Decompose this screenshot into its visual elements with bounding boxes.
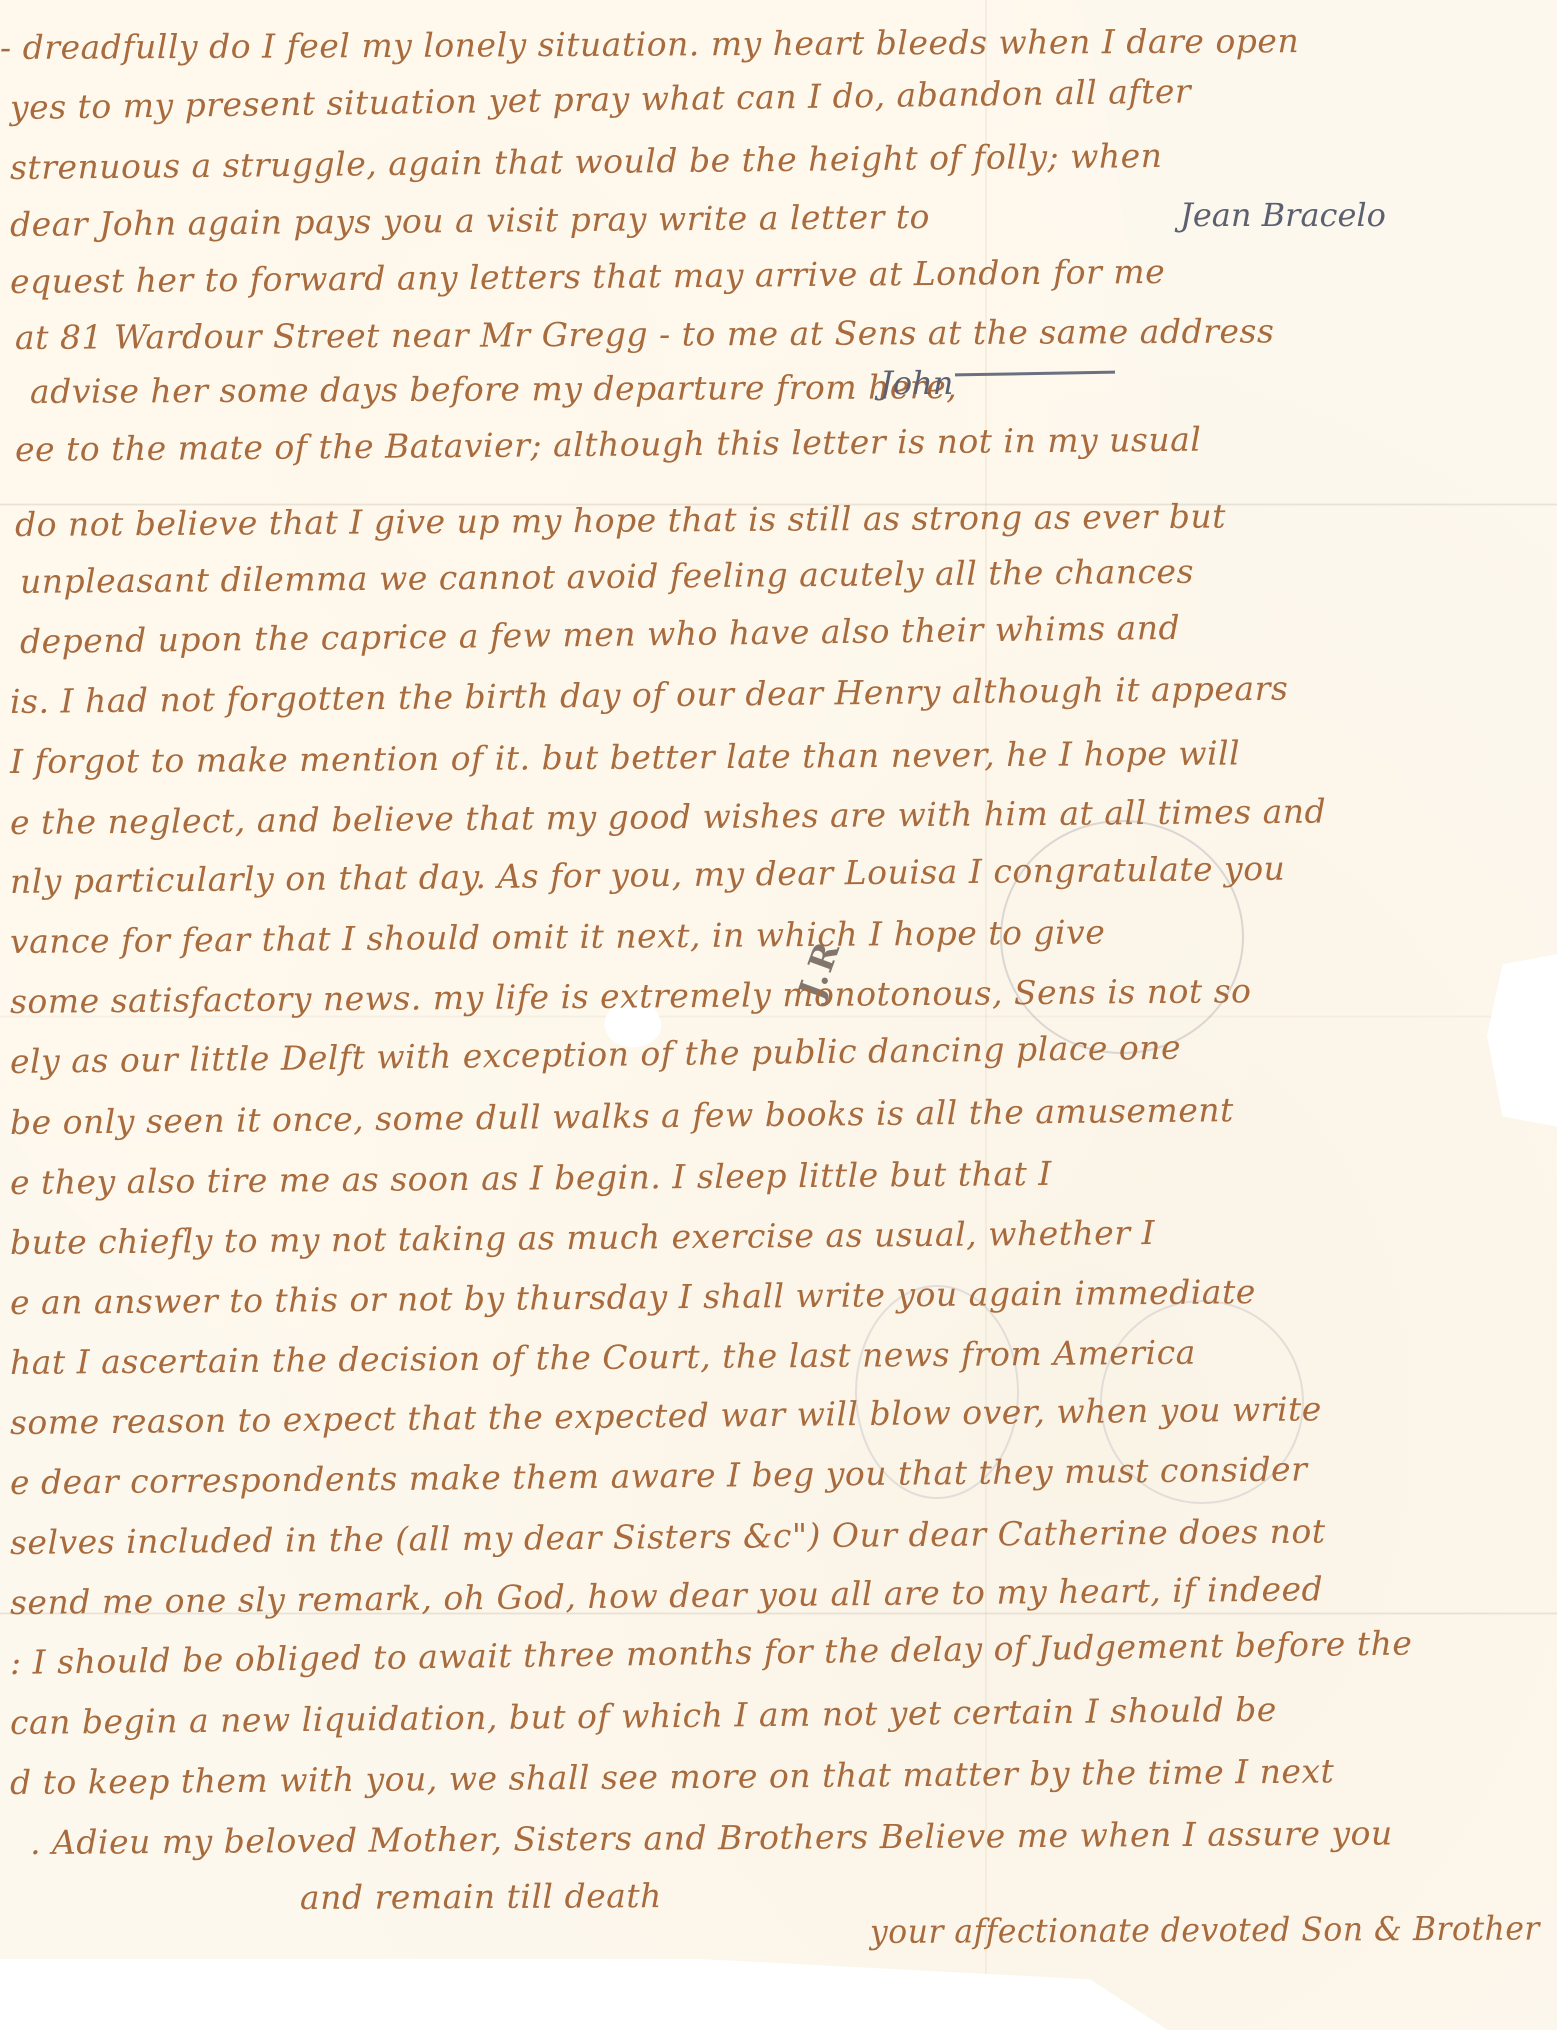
letter-line: bute chiefly to my not taking as much ex… [10, 1213, 1155, 1262]
pencil-name-annotation: Jean Bracelo [1180, 196, 1386, 234]
letter-line: e they also tire me as soon as I begin. … [10, 1154, 1052, 1202]
letter-line: ee to the mate of the Batavier; although… [15, 420, 1202, 469]
letter-line: - dreadfully do I feel my lonely situati… [0, 21, 1299, 67]
letter-line: selves included in the (all my dear Sist… [10, 1512, 1326, 1562]
letter-line: dear John again pays you a visit pray wr… [10, 197, 930, 244]
letter-line: : I should be obliged to await three mon… [10, 1623, 1413, 1682]
letter-line: ely as our little Delft with exception o… [10, 1028, 1181, 1081]
letter-line: hat I ascertain the decision of the Cour… [10, 1333, 1196, 1382]
letter-line: . Adieu my beloved Mother, Sisters and B… [30, 1813, 1393, 1862]
letter-line: can begin a new liquidation, but of whic… [10, 1690, 1277, 1742]
letter-line: equest her to forward any letters that m… [10, 252, 1165, 301]
letter-line: e an answer to this or not by thursday I… [10, 1272, 1256, 1322]
letter-line: do not believe that I give up my hope th… [15, 497, 1226, 544]
letter-line: depend upon the caprice a few men who ha… [20, 608, 1181, 661]
pencil-john-annotation: John [880, 364, 953, 402]
letter-line: at 81 Wardour Street near Mr Gregg - to … [15, 311, 1275, 357]
letter-line: and remain till death [300, 1876, 662, 1917]
letter-line: I forgot to make mention of it. but bett… [10, 733, 1240, 781]
letter-line: strenuous a struggle, again that would b… [10, 136, 1163, 187]
letter-line: advise her some days before my departure… [30, 367, 957, 411]
letter-page: J.R - dreadfully do I feel my lonely sit… [0, 0, 1557, 2030]
letter-line: d to keep them with you, we shall see mo… [10, 1751, 1335, 1802]
letter-line: yes to my present situation yet pray wha… [10, 72, 1192, 127]
letter-line: vance for fear that I should omit it nex… [10, 912, 1106, 961]
letter-line: e dear correspondents make them aware I … [10, 1449, 1308, 1502]
letter-line: unpleasant dilemma we cannot avoid feeli… [20, 552, 1194, 601]
letter-line: is. I had not forgotten the birth day of… [10, 669, 1289, 721]
letter-line: be only seen it once, some dull walks a … [10, 1090, 1234, 1142]
pencil-strikethrough [955, 371, 1115, 377]
letter-closing: your affectionate devoted Son & Brother [870, 1908, 1540, 1951]
